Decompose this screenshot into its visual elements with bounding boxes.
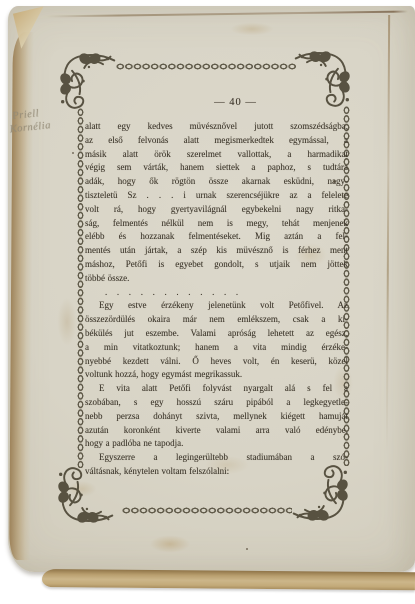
text-line: a min vitatkoztunk; hanem a vita mindig … bbox=[85, 341, 348, 355]
text-line: összezördülés okaira már nem emlékszem, … bbox=[85, 313, 348, 327]
border-chain-top bbox=[116, 62, 296, 71]
text-line: elébb és hozzanak felmentéseket. Mig azt… bbox=[85, 230, 348, 244]
text-line: ság, felmentés nélkül nem is megy, tehát… bbox=[85, 217, 348, 231]
text-line: mentés után jártak, a szép kis müvésznő … bbox=[85, 244, 348, 258]
text-line: az első felvonás alatt megismerkedtek eg… bbox=[85, 134, 348, 148]
text-line: E vita alatt Petőfi folyvást nyargalt al… bbox=[85, 382, 348, 396]
text-line: tiszteletü Sz . . . i urnak szerencséjük… bbox=[85, 189, 348, 203]
ink-speck bbox=[246, 548, 248, 550]
text-line: azután koronként kiverte valami arra val… bbox=[85, 424, 348, 438]
text-line: volt rá, hogy gyertyavilágnál egybekelni… bbox=[85, 203, 348, 217]
ink-speck bbox=[72, 152, 74, 154]
border-chain-left bbox=[76, 108, 85, 468]
text-line: voltunk hozzá, hogy egymást megrikassuk. bbox=[85, 368, 348, 382]
text-line: szobában, s egy hosszú száru pipából a l… bbox=[85, 396, 348, 410]
text-line: végig sem várták, hanem siettek a paphoz… bbox=[85, 161, 348, 175]
page-stack-edge bbox=[42, 569, 415, 590]
text-line: adák, hogy ők rögtön össze akarnak esküd… bbox=[85, 175, 348, 189]
text-line: máshoz, Petőfi is egyebet gondolt, s utj… bbox=[85, 258, 348, 272]
book-photo: — 40 — alatt egy kedves müvésznővel juto… bbox=[0, 0, 415, 604]
text-line: Egyszerre a legingerültebb stadiumában a… bbox=[85, 451, 348, 465]
text-line: Egy estve érzékeny jelenetünk volt Petőf… bbox=[85, 299, 348, 313]
text-line: békülés jut eszembe. Valami apróság lehe… bbox=[85, 327, 348, 341]
text-line: alatt egy kedves müvésznővel jutott szom… bbox=[85, 120, 348, 134]
dotted-separator: . . . . . . . . . . . . bbox=[85, 286, 348, 300]
handwritten-note: Priell Kornélia bbox=[12, 106, 52, 136]
text-line: hogy a padlóba ne tapodja. bbox=[85, 437, 348, 451]
text-line: nyebbé kezdett válni. Ő heves volt, én k… bbox=[85, 355, 348, 369]
border-chain-bottom bbox=[122, 506, 292, 515]
text-line: másik alatt örök szerelmet vallottak, a … bbox=[85, 148, 348, 162]
page-number: — 40 — bbox=[0, 97, 415, 108]
text-line: váltásnak, kénytelen voltam felszólalni: bbox=[85, 465, 348, 479]
text-line: nebb perzsa dohányt szivta, mellynek kié… bbox=[85, 410, 348, 424]
text-block: alatt egy kedves müvésznővel jutott szom… bbox=[85, 120, 348, 479]
text-line: többé össze. bbox=[85, 272, 348, 286]
